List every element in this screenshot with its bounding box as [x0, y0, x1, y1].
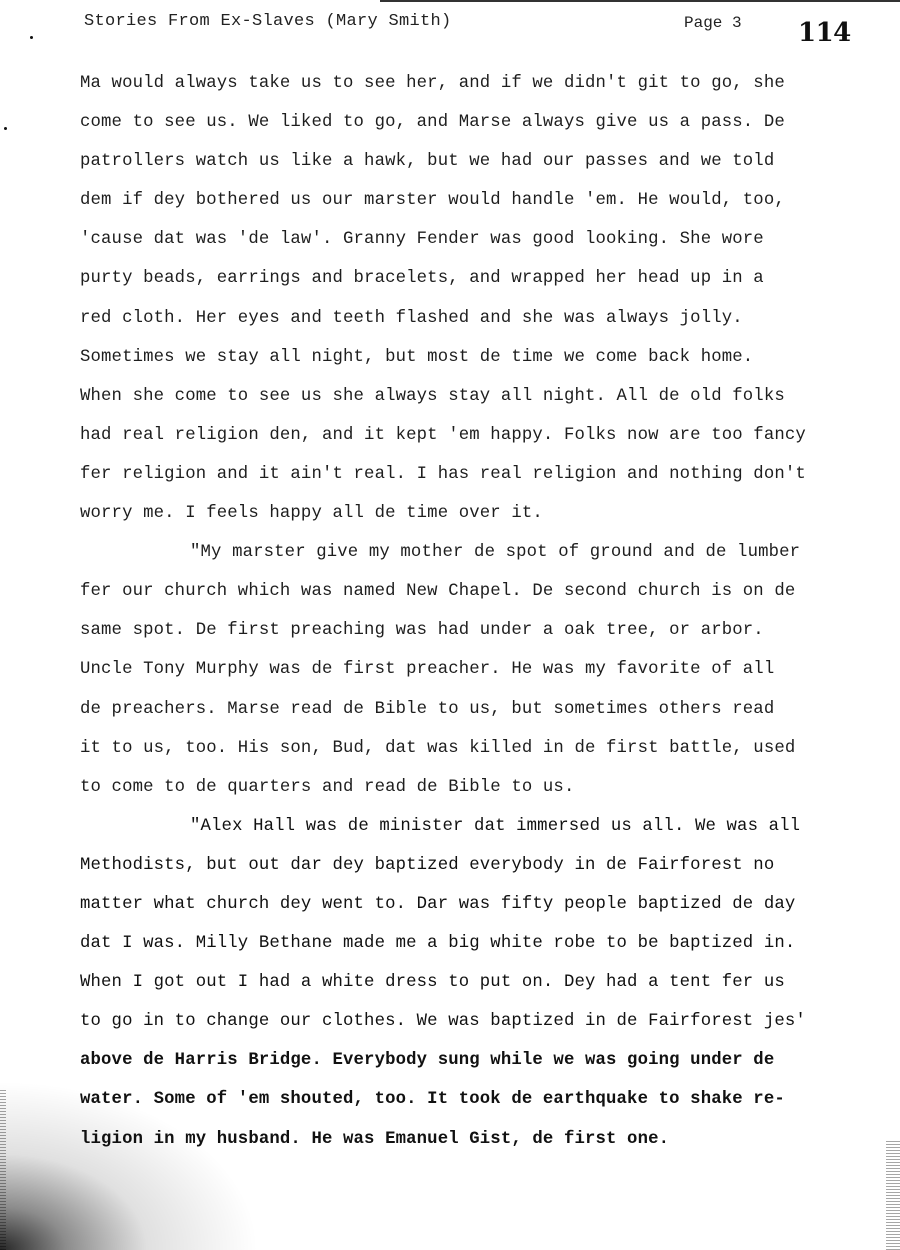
text-line: "Alex Hall was de minister dat immersed … [80, 815, 880, 854]
scan-noise-right [886, 1140, 900, 1250]
text-line: "My marster give my mother de spot of gr… [80, 541, 880, 580]
text-line: de preachers. Marse read de Bible to us,… [80, 698, 880, 737]
text-line: patrollers watch us like a hawk, but we … [80, 150, 880, 189]
page-label: Page 3 [684, 14, 742, 32]
text-line: Methodists, but out dar dey baptized eve… [80, 854, 880, 893]
text-line: same spot. De first preaching was had un… [80, 619, 880, 658]
text-line: Ma would always take us to see her, and … [80, 72, 880, 111]
text-line: to go in to change our clothes. We was b… [80, 1010, 880, 1049]
text-line: dat I was. Milly Bethane made me a big w… [80, 932, 880, 971]
running-header-title: Stories From Ex-Slaves (Mary Smith) [84, 12, 452, 31]
text-line: Uncle Tony Murphy was de first preacher.… [80, 658, 880, 697]
text-line: it to us, too. His son, Bud, dat was kil… [80, 737, 880, 776]
text-line: water. Some of 'em shouted, too. It took… [80, 1088, 880, 1127]
text-line: When she come to see us she always stay … [80, 385, 880, 424]
text-line: dem if dey bothered us our marster would… [80, 189, 880, 228]
text-line: purty beads, earrings and bracelets, and… [80, 267, 880, 306]
scan-edge [380, 0, 900, 2]
text-line: had real religion den, and it kept 'em h… [80, 424, 880, 463]
text-line: fer religion and it ain't real. I has re… [80, 463, 880, 502]
text-line: ligion in my husband. He was Emanuel Gis… [80, 1128, 880, 1167]
text-line: above de Harris Bridge. Everybody sung w… [80, 1049, 880, 1088]
scan-speck [30, 36, 33, 39]
text-line: matter what church dey went to. Dar was … [80, 893, 880, 932]
text-line: to come to de quarters and read de Bible… [80, 776, 880, 815]
scan-noise-left [0, 1090, 6, 1250]
text-line: When I got out I had a white dress to pu… [80, 971, 880, 1010]
scan-speck [4, 127, 7, 130]
text-line: come to see us. We liked to go, and Mars… [80, 111, 880, 150]
text-line: fer our church which was named New Chape… [80, 580, 880, 619]
text-line: 'cause dat was 'de law'. Granny Fender w… [80, 228, 880, 267]
text-line: red cloth. Her eyes and teeth flashed an… [80, 307, 880, 346]
folio-number: 114 [798, 18, 851, 48]
scanned-document-page: Stories From Ex-Slaves (Mary Smith) Page… [0, 0, 900, 1250]
document-body: Ma would always take us to see her, and … [80, 72, 880, 1167]
text-line: worry me. I feels happy all de time over… [80, 502, 880, 541]
text-line: Sometimes we stay all night, but most de… [80, 346, 880, 385]
